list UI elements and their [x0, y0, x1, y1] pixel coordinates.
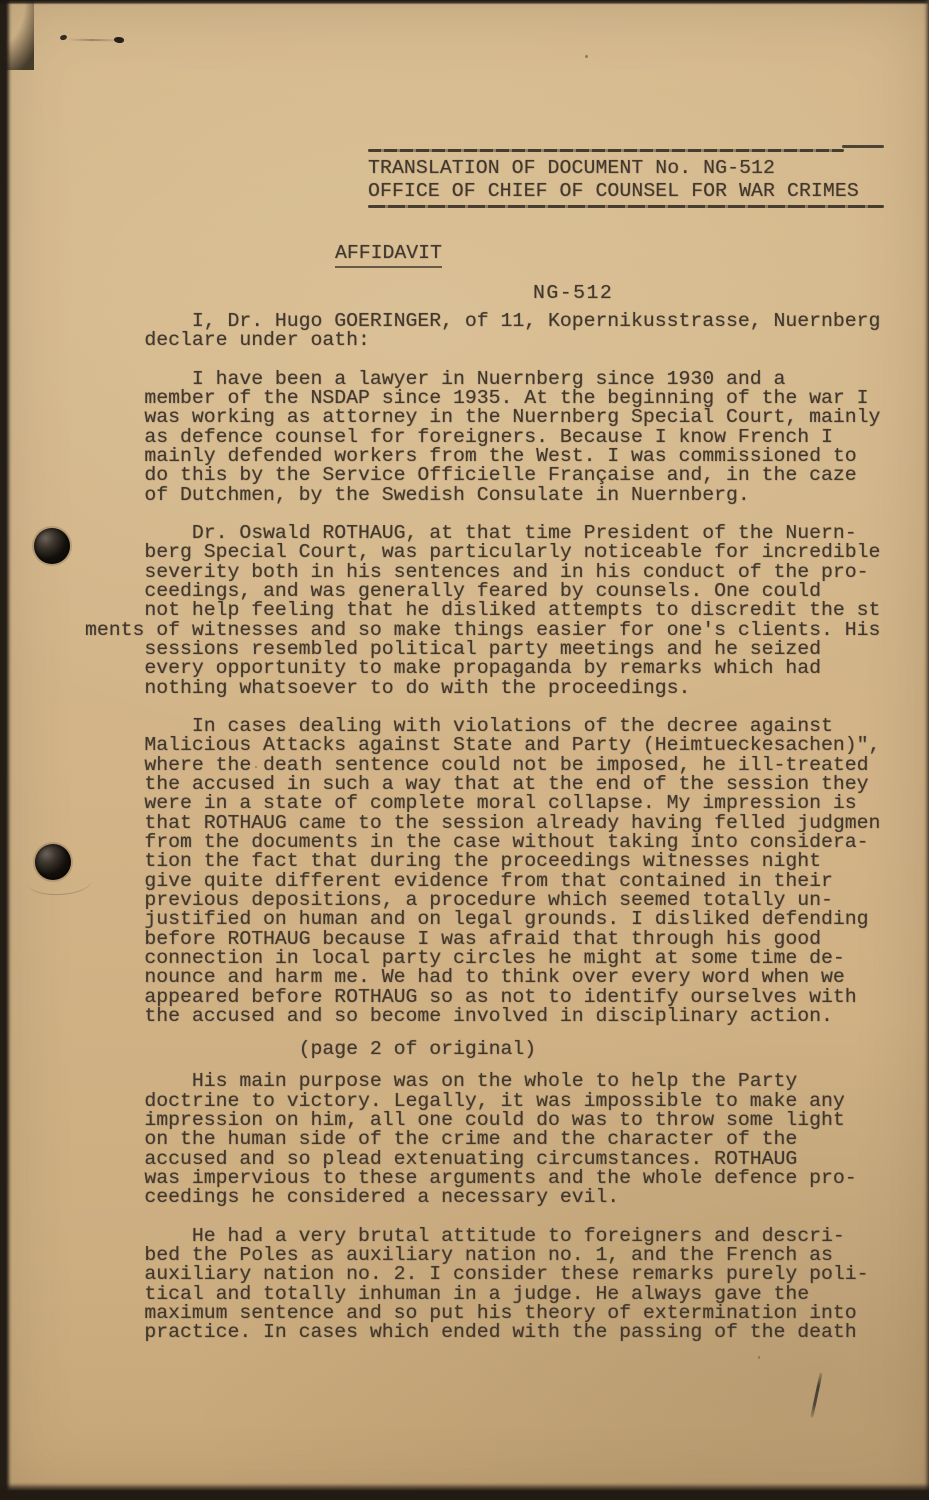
hole-punch: [35, 844, 71, 880]
text-line: auxiliary nation no. 2. I consider these…: [85, 1265, 929, 1284]
document-body: I, Dr. Hugo GOERINGER, of 11, Kopernikus…: [85, 312, 929, 1362]
scan-corner-shadow: [0, 0, 34, 70]
text-line: nothing whatsoever to do with the procee…: [85, 679, 929, 698]
text-line: where the death sentence could not be im…: [85, 756, 929, 775]
text-line: on the human side of the crime and the c…: [85, 1130, 929, 1149]
text-line: (page 2 of original): [85, 1040, 929, 1059]
text-line: nounce and harm me. We had to think over…: [85, 968, 929, 987]
header-underline: [368, 205, 884, 208]
text-line: do this by the Service Officielle França…: [85, 466, 929, 485]
text-line: appeared before ROTHAUG so as not to ide…: [85, 988, 929, 1007]
document-number: NG-512: [533, 284, 613, 303]
text-line: berg Special Court, was particularly not…: [85, 543, 929, 562]
text-line: tion the fact that during the proceeding…: [85, 852, 929, 871]
page-2-marker: (page 2 of original): [85, 1040, 929, 1059]
text-line: of Dutchmen, by the Swedish Consulate in…: [85, 486, 929, 505]
paper-speck: [585, 55, 588, 58]
malicious-attacks-paragraph: In cases dealing with violations of the …: [85, 717, 929, 1026]
header-line-2: OFFICE OF CHIEF OF COUNSEL FOR WAR CRIME…: [368, 180, 884, 203]
header-line-1: TRANSLATION OF DOCUMENT No. NG-512: [368, 157, 884, 180]
text-line: His main purpose was on the whole to hel…: [85, 1072, 929, 1091]
text-line: the accused and so become involved in di…: [85, 1007, 929, 1026]
declaration-opening: I, Dr. Hugo GOERINGER, of 11, Kopernikus…: [85, 312, 929, 351]
party-doctrine-paragraph: His main purpose was on the whole to hel…: [85, 1072, 929, 1207]
text-line: ceedings he considered a necessary evil.: [85, 1188, 929, 1207]
text-line: was working as attorney in the Nuernberg…: [85, 408, 929, 427]
text-line: not help feeling that he disliked attemp…: [85, 601, 929, 620]
text-line: every opportunity to make propaganda by …: [85, 659, 929, 678]
text-line: justified on human and on legal grounds.…: [85, 910, 929, 929]
scan-edge-left: [0, 0, 12, 1500]
text-line: before ROTHAUG because I was afraid that…: [85, 930, 929, 949]
document-page: TRANSLATION OF DOCUMENT No. NG-512 OFFIC…: [0, 0, 929, 1500]
brutal-attitude-paragraph: He had a very brutal attitude to foreign…: [85, 1227, 929, 1343]
text-line: were in a state of complete moral collap…: [85, 794, 929, 813]
ink-streak: [67, 39, 117, 42]
document-header: TRANSLATION OF DOCUMENT No. NG-512 OFFIC…: [368, 157, 884, 208]
text-line: declare under oath:: [85, 331, 929, 350]
text-line: practice. In cases which ended with the …: [85, 1323, 929, 1342]
text-line: that ROTHAUG came to the session already…: [85, 814, 929, 833]
rothaug-severity-paragraph: Dr. Oswald ROTHAUG, at that time Preside…: [85, 524, 929, 698]
scan-edge-bottom: [0, 1482, 929, 1500]
header-top-rule: [368, 149, 844, 152]
header-top-rule-step: [842, 145, 884, 148]
pencil-mark: [28, 880, 93, 896]
ink-blot: [114, 36, 125, 43]
background-paragraph: I have been a lawyer in Nuernberg since …: [85, 370, 929, 505]
text-line: Malicious Attacks against State and Part…: [85, 736, 929, 755]
scan-edge-top: [0, 0, 929, 5]
document-title: AFFIDAVIT: [335, 244, 442, 268]
hole-punch: [34, 528, 70, 564]
pencil-check-mark: [810, 1372, 822, 1418]
text-line: give quite different evidence from that …: [85, 872, 929, 891]
